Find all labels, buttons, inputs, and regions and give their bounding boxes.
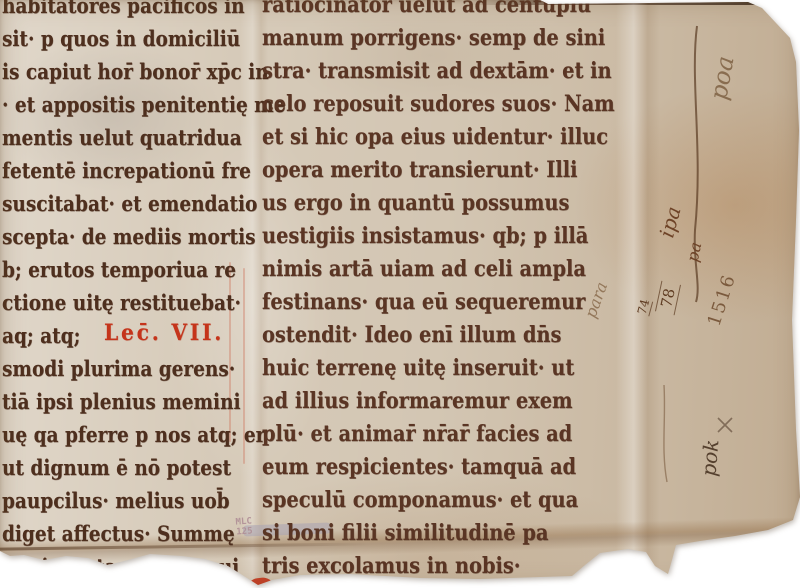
- manuscript-text-line: uę qa pferre p nos atq; er: [2, 418, 227, 451]
- manuscript-text-line: plū· et animar̄ nr̄ar̄ facies ad: [262, 418, 579, 451]
- margin-annotation-bottom-right: pok: [696, 439, 723, 478]
- manuscript-text-line: mentis uelut quatridua: [2, 121, 227, 154]
- manuscript-text-line: huic terrenę uitę inseruit· ut: [262, 352, 579, 385]
- manuscript-text-line: scepta· de mediis mortis: [2, 220, 227, 253]
- manuscript-text-line: sit· p quos in domiciliū: [2, 22, 227, 55]
- manuscript-text-line: paupcilus· melius uob̄: [2, 484, 227, 517]
- manuscript-text-line: uestigiis insistamus· qb; p illā: [262, 220, 579, 253]
- manuscript-text-line: speculū componamus· et qua: [262, 484, 579, 517]
- manuscript-text-line: fetentē increpationū fre: [2, 154, 227, 187]
- manuscript-photo: habitatores pacificos insit· p quos in d…: [0, 0, 800, 588]
- pen-stroke-short: [664, 385, 667, 482]
- manuscript-text-line: nimis artā uiam ad celi ampla: [262, 253, 579, 286]
- manuscript-text-line: is capiut hor̄ bonor̄ xp̄c in: [2, 55, 227, 88]
- rubric-lectio-seven: Lec̄. VII.: [104, 320, 224, 346]
- manuscript-text-line: b; erutos temporiua re: [2, 253, 227, 286]
- photo-wrapper: habitatores pacificos insit· p quos in d…: [0, 0, 800, 588]
- manuscript-text-line: ctione uitę restituebat·: [2, 286, 227, 319]
- manuscript-text-line: et si hic opa eius uidentur· illuc: [262, 121, 579, 154]
- manuscript-text-line: us ergo in quantū possumus: [262, 187, 579, 220]
- right-text-column: ratiocinator uelut ad centuplūmanum porr…: [262, 0, 622, 583]
- manuscript-text-line: festinans· qua eū sequeremur: [262, 286, 579, 319]
- manuscript-text-line: ratiocinator uelut ad centuplū: [262, 0, 579, 22]
- manuscript-text-line: ut dignum ē nō potest: [2, 451, 227, 484]
- manuscript-text-line: stra· transmisit ad dextām· et in: [262, 55, 579, 88]
- manuscript-text-line: diget affectus· Summę: [2, 517, 227, 550]
- manuscript-text-line: suscitabat· et emendatio: [2, 187, 227, 220]
- manuscript-text-line: eum respicientes· tamquā ad: [262, 451, 579, 484]
- manuscript-text-line: tris excolamus in nobis·: [262, 550, 579, 583]
- manuscript-text-line: · et appositis penitentię me: [2, 88, 227, 121]
- manuscript-text-line: si boni filii similitudinē pa: [262, 517, 579, 550]
- manuscript-text-line: celo reposuit sudores suos· Nam: [262, 88, 579, 121]
- manuscript-text-line: smodi plurima gerens·: [2, 352, 227, 385]
- margin-annotation-fraction-suffix: pa: [683, 240, 706, 263]
- manuscript-text-line: statis instantia fuit cui: [2, 550, 227, 583]
- pen-cross-mark: [718, 418, 732, 432]
- shelfmark-pencil-note: MLC 125: [235, 516, 253, 537]
- manuscript-text-line: ostendit· Ideo enī illum dn̄s: [262, 319, 579, 352]
- manuscript-text-line: manum porrigens· semp de sini: [262, 22, 579, 55]
- shelfmark-line2: 125: [236, 526, 253, 537]
- manuscript-text-line: habitatores pacificos in: [2, 0, 227, 22]
- parchment-leaf: habitatores pacificos insit· p quos in d…: [0, 0, 800, 588]
- left-text-column: habitatores pacificos insit· p quos in d…: [2, 0, 258, 583]
- manuscript-text-line: opera merito transierunt· Illi: [262, 154, 579, 187]
- manuscript-text-line: ad illius informaremur exem: [262, 385, 579, 418]
- manuscript-text-line: tiā ipsi plenius memini: [2, 385, 227, 418]
